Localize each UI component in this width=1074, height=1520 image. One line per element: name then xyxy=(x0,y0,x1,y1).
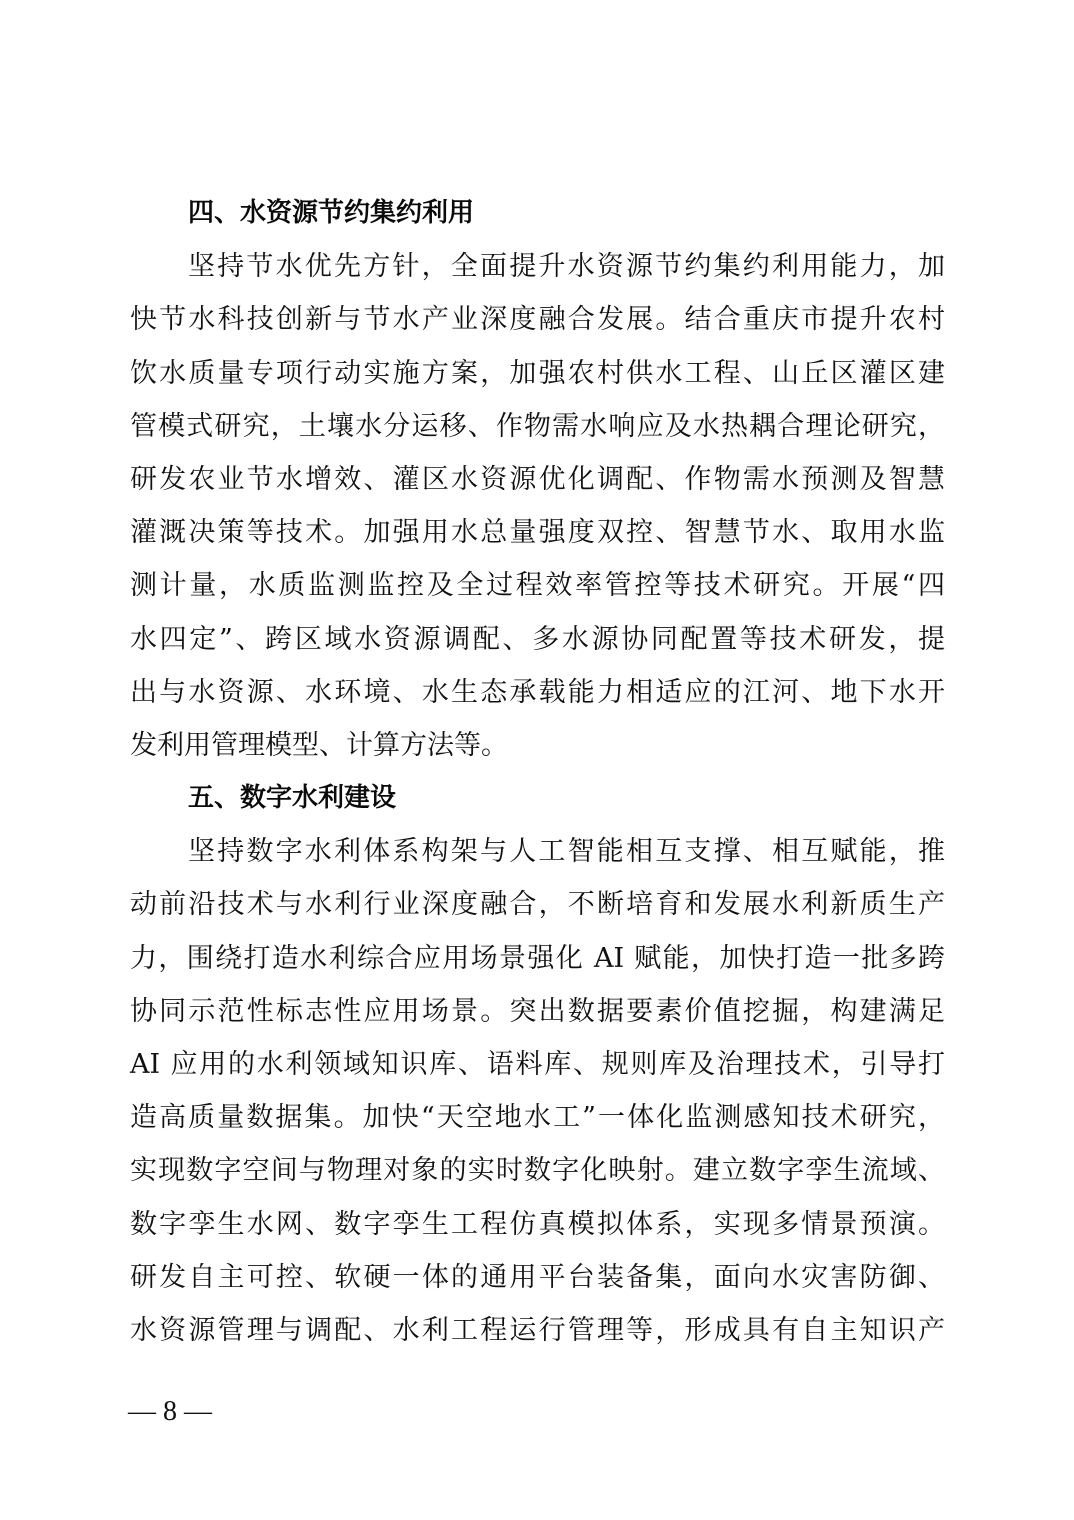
paragraph-line: 水四定”、跨区域水资源调配、多水源协同配置等技术研发，提 xyxy=(130,613,945,666)
paragraph-line: 水资源管理与调配、水利工程运行管理等，形成具有自主知识产 xyxy=(130,1304,945,1357)
paragraph-line: 发利用管理模型、计算方法等。 xyxy=(130,719,945,772)
paragraph-line: 出与水资源、水环境、水生态承载能力相适应的江河、地下水开 xyxy=(130,666,945,719)
paragraph-line: 快节水科技创新与节水产业深度融合发展。结合重庆市提升农村 xyxy=(130,293,945,346)
paragraph-line: 研发农业节水增效、灌区水资源优化调配、作物需水预测及智慧 xyxy=(130,453,945,506)
paragraph-line: 坚持数字水利体系构架与人工智能相互支撑、相互赋能，推 xyxy=(130,825,945,878)
page-number: — 8 — xyxy=(128,1396,212,1428)
paragraph-line: 力，围绕打造水利综合应用场景强化 AI 赋能，加快打造一批多跨 xyxy=(130,932,945,985)
section-heading-water-conservation: 四、水资源节约集约利用 xyxy=(130,187,945,240)
paragraph-line: AI 应用的水利领域知识库、语料库、规则库及治理技术，引导打 xyxy=(130,1038,945,1091)
paragraph-line: 实现数字空间与物理对象的实时数字化映射。建立数字孪生流域、 xyxy=(130,1144,945,1197)
paragraph-line: 管模式研究，土壤水分运移、作物需水响应及水热耦合理论研究， xyxy=(130,400,945,453)
paragraph-line: 研发自主可控、软硬一体的通用平台装备集，面向水灾害防御、 xyxy=(130,1251,945,1304)
paragraph-line: 饮水质量专项行动实施方案，加强农村供水工程、山丘区灌区建 xyxy=(130,347,945,400)
section-heading-digital-water: 五、数字水利建设 xyxy=(130,772,945,825)
paragraph-line: 测计量，水质监测监控及全过程效率管控等技术研究。开展“四 xyxy=(130,559,945,612)
paragraph-line: 数字孪生水网、数字孪生工程仿真模拟体系，实现多情景预演。 xyxy=(130,1198,945,1251)
paragraph-line: 协同示范性标志性应用场景。突出数据要素价值挖掘，构建满足 xyxy=(130,985,945,1038)
paragraph-line: 坚持节水优先方针，全面提升水资源节约集约利用能力，加 xyxy=(130,240,945,293)
paragraph-line: 造高质量数据集。加快“天空地水工”一体化监测感知技术研究， xyxy=(130,1091,945,1144)
document-page: 四、水资源节约集约利用 坚持节水优先方针，全面提升水资源节约集约利用能力，加 快… xyxy=(130,187,945,1357)
paragraph-line: 动前沿技术与水利行业深度融合，不断培育和发展水利新质生产 xyxy=(130,878,945,931)
paragraph-line: 灌溉决策等技术。加强用水总量强度双控、智慧节水、取用水监 xyxy=(130,506,945,559)
